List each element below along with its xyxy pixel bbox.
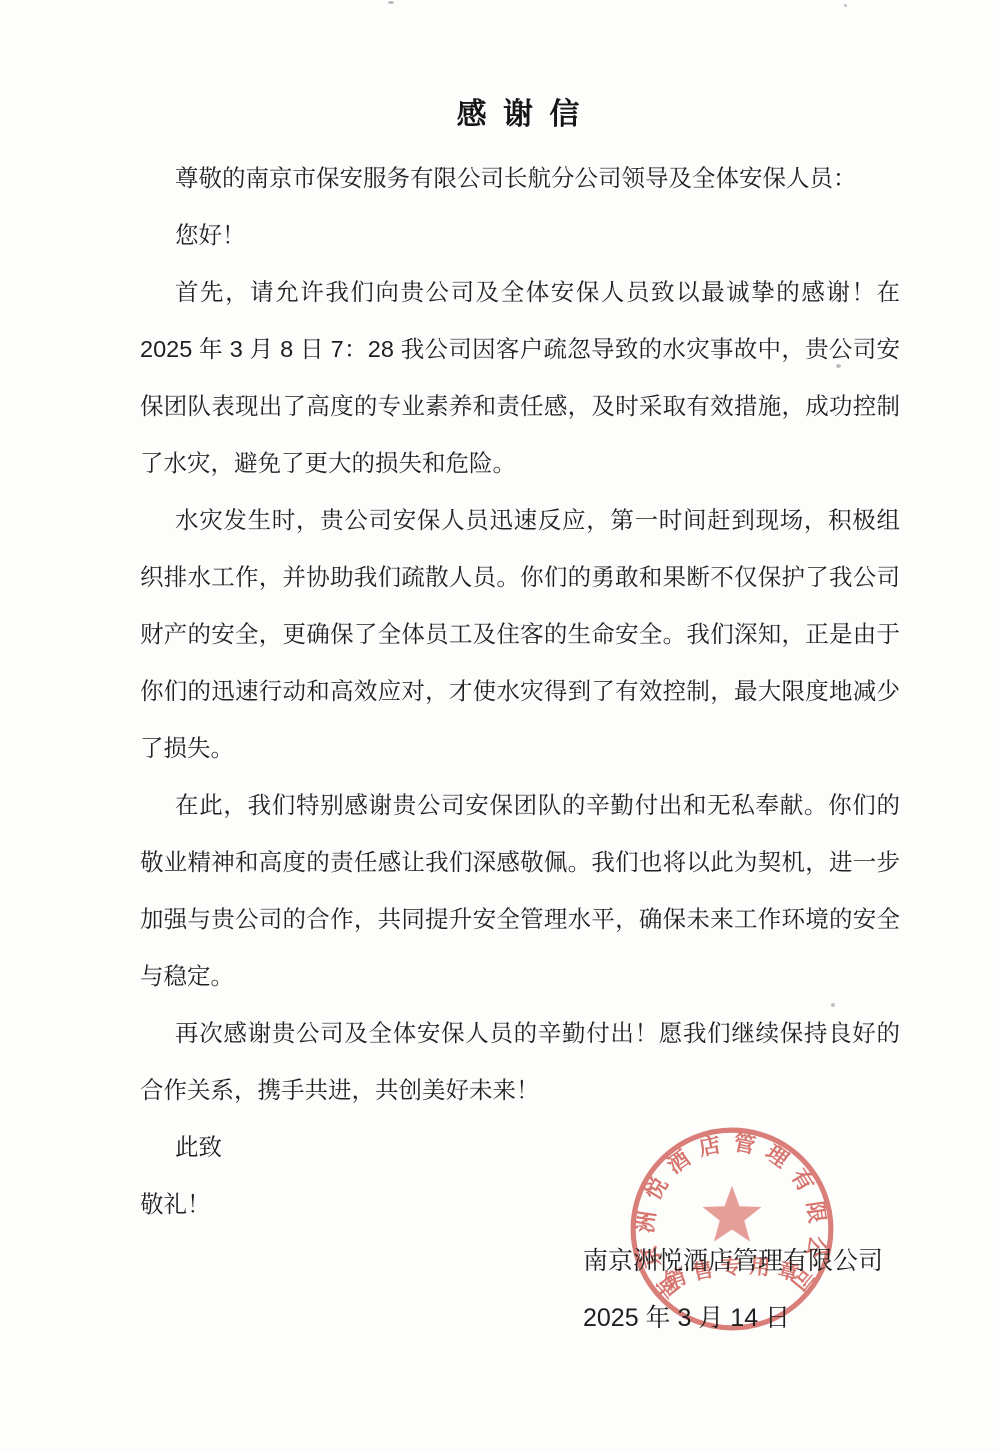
body-line: 了损失。 bbox=[140, 720, 900, 777]
body-line: 合作关系，携手共进，共创美好未来！ bbox=[140, 1062, 900, 1119]
scan-speck bbox=[844, 4, 847, 7]
body-line: 水灾发生时，贵公司安保人员迅速反应，第一时间赶到现场，积极组 bbox=[140, 492, 900, 549]
body-line: 2025 年 3 月 8 日 7：28 我公司因客户疏忽导致的水灾事故中，贵公司… bbox=[140, 321, 900, 378]
letter-page: 感 谢 信 尊敬的南京市保安服务有限公司长航分公司领导及全体安保人员： 您好！ … bbox=[0, 0, 999, 1453]
closing-jingli: 敬礼！ bbox=[140, 1176, 900, 1233]
letter-title: 感 谢 信 bbox=[140, 96, 900, 134]
body-line: 敬业精神和高度的责任感让我们深感敬佩。我们也将以此为契机，进一步 bbox=[140, 834, 900, 891]
scan-speck bbox=[388, 1, 394, 4]
body-line: 保团队表现出了高度的专业素养和责任感，及时采取有效措施，成功控制 bbox=[140, 378, 900, 435]
salutation: 尊敬的南京市保安服务有限公司长航分公司领导及全体安保人员： bbox=[140, 150, 900, 207]
body-line: 与稳定。 bbox=[140, 948, 900, 1005]
signature-company: 南京洲悦酒店管理有限公司 bbox=[140, 1233, 900, 1290]
body-line: 再次感谢贵公司及全体安保人员的辛勤付出！愿我们继续保持良好的 bbox=[140, 1005, 900, 1062]
body-line: 你们的迅速行动和高效应对，才使水灾得到了有效控制，最大限度地减少 bbox=[140, 663, 900, 720]
closing-cizhi: 此致 bbox=[140, 1119, 900, 1176]
body-line: 织排水工作，并协助我们疏散人员。你们的勇敢和果断不仅保护了我公司 bbox=[140, 549, 900, 606]
letter-body: 首先，请允许我们向贵公司及全体安保人员致以最诚挚的感谢！在2025 年 3 月 … bbox=[140, 264, 900, 1119]
body-line: 首先，请允许我们向贵公司及全体安保人员致以最诚挚的感谢！在 bbox=[140, 264, 900, 321]
letter-content: 尊敬的南京市保安服务有限公司长航分公司领导及全体安保人员： 您好！ 首先，请允许… bbox=[140, 150, 900, 1347]
body-line: 财产的安全，更确保了全体员工及住客的生命安全。我们深知，正是由于 bbox=[140, 606, 900, 663]
signature-date: 2025 年 3 月 14 日 bbox=[140, 1290, 900, 1347]
body-line: 在此，我们特别感谢贵公司安保团队的辛勤付出和无私奉献。你们的 bbox=[140, 777, 900, 834]
greeting: 您好！ bbox=[140, 207, 900, 264]
body-line: 加强与贵公司的合作，共同提升安全管理水平，确保未来工作环境的安全 bbox=[140, 891, 900, 948]
body-line: 了水灾，避免了更大的损失和危险。 bbox=[140, 435, 900, 492]
